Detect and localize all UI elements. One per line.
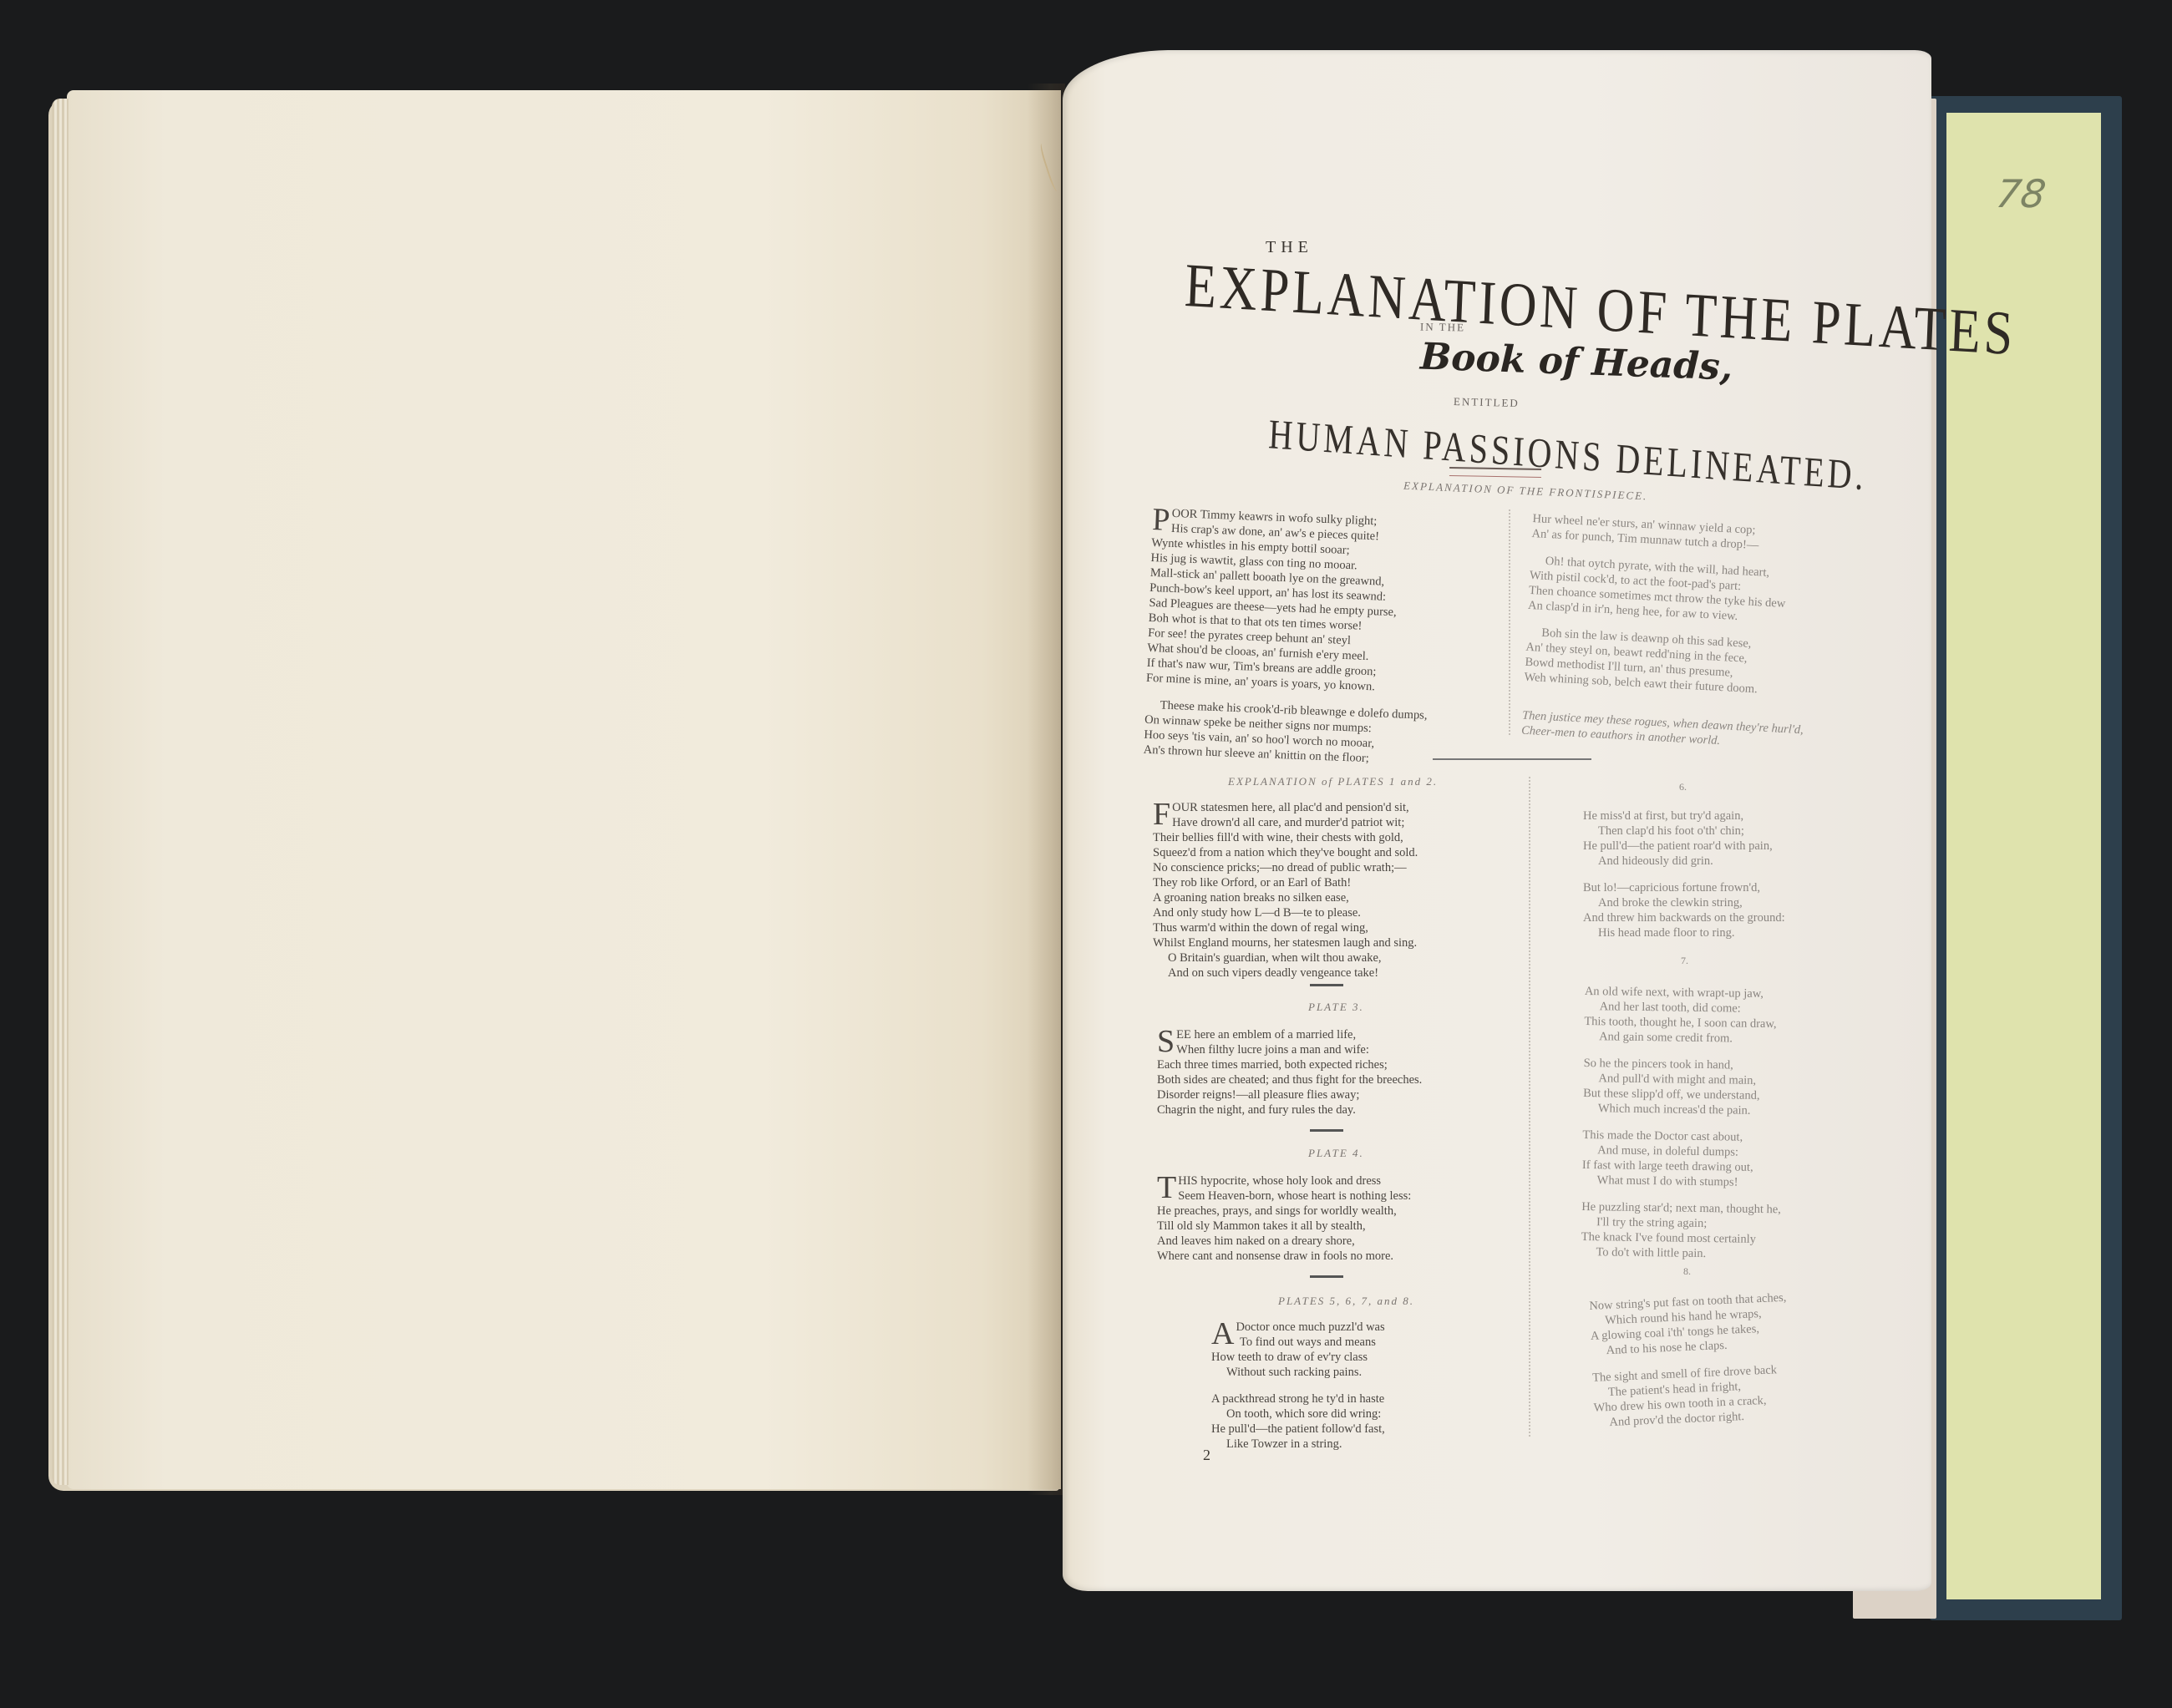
plate-8-number: 8. xyxy=(1683,1265,1691,1278)
poem-line: Have drown'd all care, and murder'd patr… xyxy=(1153,815,1418,830)
poem-line: On tooth, which sore did wring: xyxy=(1211,1406,1385,1422)
poem-line: Squeez'd from a nation which they've bou… xyxy=(1153,845,1418,860)
poem-line: O Britain's guardian, when wilt thou awa… xyxy=(1153,950,1418,966)
plates-5-8-poem: A Doctor once much puzzl'd was To find o… xyxy=(1211,1320,1385,1452)
short-rule xyxy=(1310,984,1343,986)
poem-line: To do't with little pain. xyxy=(1581,1244,1780,1262)
poem-line: Their bellies fill'd with wine, their ch… xyxy=(1153,830,1418,845)
poem-line: Where cant and nonsense draw in fools no… xyxy=(1157,1249,1405,1264)
plate-3-heading: PLATE 3. xyxy=(1308,1001,1364,1014)
poem-line: A groaning nation breaks no silken ease, xyxy=(1153,890,1418,905)
dropcap: F xyxy=(1153,800,1170,829)
poem-line: Disorder reigns!—all pleasure flies away… xyxy=(1157,1087,1422,1102)
plates-5-8-heading: PLATES 5, 6, 7, and 8. xyxy=(1278,1295,1414,1308)
poem-line: He preaches, prays, and sings for worldl… xyxy=(1157,1204,1405,1219)
poem-line: Whilst England mourns, her statesmen lau… xyxy=(1153,935,1418,950)
poem-line: EE here an emblem of a married life, xyxy=(1157,1027,1422,1042)
poem-line: Doctor once much puzzl'd was xyxy=(1211,1320,1385,1335)
poem-line: OUR statesmen here, all plac'd and pensi… xyxy=(1153,800,1418,815)
column-divider xyxy=(1509,509,1510,735)
poem-line: And hideously did grin. xyxy=(1583,854,1785,869)
poem-line: Seem Heaven-born, whose heart is nothing… xyxy=(1157,1189,1405,1204)
plate-8-poem: Now string's put fast on tooth that ache… xyxy=(1589,1290,1792,1431)
plates-1-2-poem: F OUR statesmen here, all plac'd and pen… xyxy=(1153,800,1418,981)
plate-7-number: 7. xyxy=(1681,955,1688,967)
poem-line: Which much increas'd the pain. xyxy=(1583,1101,1783,1118)
plate-7-poem: An old wife next, with wrapt-up jaw, And… xyxy=(1581,984,1784,1262)
poem-line: And on such vipers deadly vengeance take… xyxy=(1153,966,1418,981)
dropcap: S xyxy=(1157,1027,1175,1056)
poem-line: Without such racking pains. xyxy=(1211,1365,1385,1380)
poem-line: How teeth to draw of ev'ry class xyxy=(1211,1350,1385,1365)
page-number: 2 xyxy=(1203,1447,1210,1464)
plate-4-heading: PLATE 4. xyxy=(1308,1147,1364,1160)
plate-6-number: 6. xyxy=(1679,781,1687,793)
left-page-blank xyxy=(67,90,1061,1489)
short-rule xyxy=(1310,1129,1343,1132)
poem-line: Each three times married, both expected … xyxy=(1157,1057,1422,1072)
poem-line: Thus warm'd within the down of regal win… xyxy=(1153,920,1418,935)
poem-line: What must I do with stumps! xyxy=(1582,1173,1782,1190)
pencil-number: 78 xyxy=(1993,171,2048,216)
frontispiece-poem-right: Hur wheel ne'er sturs, an' winnaw yield … xyxy=(1521,511,1814,753)
poem-line: And broke the clewkin string, xyxy=(1583,895,1785,910)
title-entitled: ENTITLED xyxy=(1454,395,1520,410)
section-rule xyxy=(1433,758,1591,760)
poem-line: No conscience pricks;—no dread of public… xyxy=(1153,860,1418,875)
poem-line: To find out ways and means xyxy=(1211,1335,1385,1350)
poem-line: He miss'd at first, but try'd again, xyxy=(1583,808,1785,824)
poem-line: A packthread strong he ty'd in haste xyxy=(1211,1391,1385,1406)
short-rule xyxy=(1310,1275,1343,1278)
dropcap: T xyxy=(1157,1173,1176,1202)
frontispiece-heading: EXPLANATION OF THE FRONTISPIECE. xyxy=(1403,479,1648,504)
poem-line: HIS hypocrite, whose holy look and dress xyxy=(1157,1173,1405,1189)
poem-line: Both sides are cheated; and thus fight f… xyxy=(1157,1072,1422,1087)
plate-6-poem: He miss'd at first, but try'd again, The… xyxy=(1583,808,1785,940)
ornament-divider xyxy=(1449,467,1541,478)
right-page-content: THE EXPLANATION OF THE PLATES IN THE Boo… xyxy=(1078,0,1829,1708)
plates-1-2-heading: EXPLANATION of PLATES 1 and 2. xyxy=(1228,775,1438,788)
frontispiece-poem-left: P OOR Timmy keawrs in wofo sulky plight;… xyxy=(1143,505,1434,768)
poem-line: Till old sly Mammon takes it all by stea… xyxy=(1157,1219,1405,1234)
poem-line: Chagrin the night, and fury rules the da… xyxy=(1157,1102,1422,1118)
poem-line: But lo!—capricious fortune frown'd, xyxy=(1583,880,1785,895)
dropcap: A xyxy=(1211,1320,1234,1348)
poem-line: And leaves him naked on a dreary shore, xyxy=(1157,1234,1405,1249)
title-the: THE xyxy=(1266,238,1313,257)
poem-line: They rob like Orford, or an Earl of Bath… xyxy=(1153,875,1418,890)
title-in-the: IN THE xyxy=(1420,321,1465,335)
gutter-shadow xyxy=(1028,84,1065,1495)
dropcap: P xyxy=(1152,505,1170,535)
plate-4-poem: T HIS hypocrite, whose holy look and dre… xyxy=(1157,1173,1405,1264)
poem-line: Then clap'd his foot o'th' chin; xyxy=(1583,824,1785,839)
poem-line: He pull'd—the patient roar'd with pain, xyxy=(1583,839,1785,854)
poem-line: His head made floor to ring. xyxy=(1583,925,1785,940)
poem-line: And only study how L—d B—te to please. xyxy=(1153,905,1418,920)
poem-line: And threw him backwards on the ground: xyxy=(1583,910,1785,925)
poem-line: Like Towzer in a string. xyxy=(1211,1437,1385,1452)
plate-3-poem: S EE here an emblem of a married life, W… xyxy=(1157,1027,1422,1118)
poem-line: And gain some credit from. xyxy=(1584,1029,1784,1047)
poem-line: When filthy lucre joins a man and wife: xyxy=(1157,1042,1422,1057)
poem-line: He pull'd—the patient follow'd fast, xyxy=(1211,1422,1385,1437)
column-divider xyxy=(1529,777,1530,1437)
